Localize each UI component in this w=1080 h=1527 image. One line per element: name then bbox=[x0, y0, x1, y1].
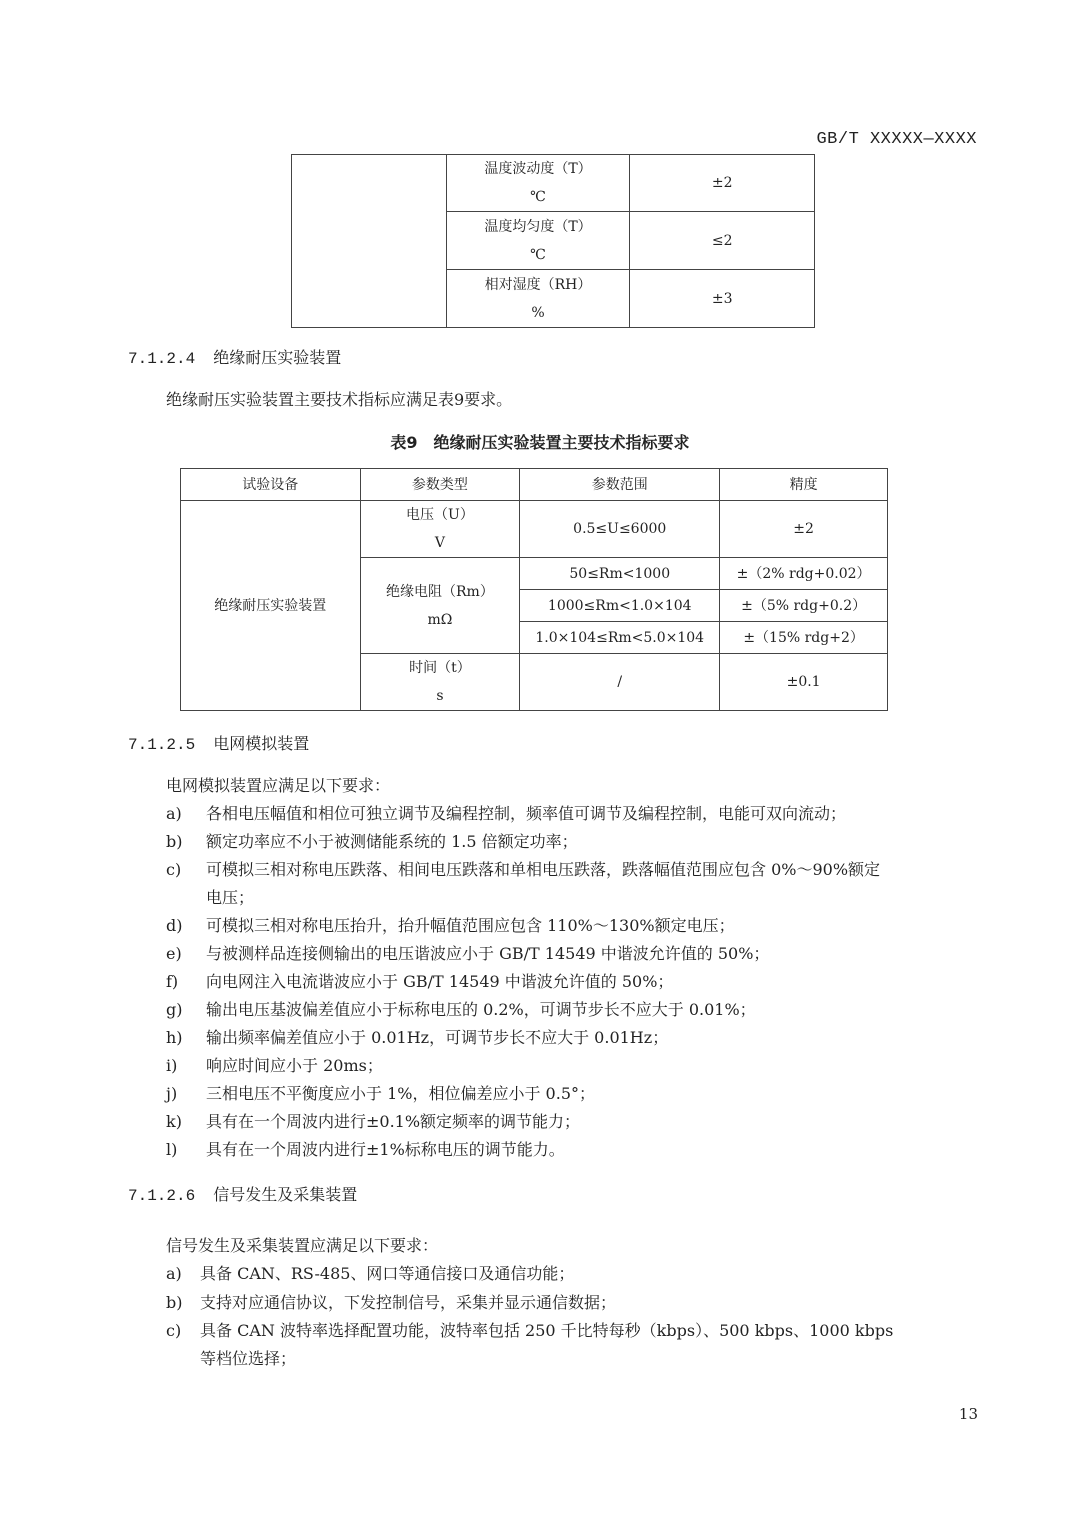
table-cell: ±0.1 bbox=[720, 654, 888, 711]
list-item: c)具备 CAN 波特率选择配置功能，波特率包括 250 千比特每秒（kbps）… bbox=[166, 1318, 986, 1341]
table-cell: ±（5% rdg+0.2） bbox=[720, 590, 888, 622]
list-item: j)三相电压不平衡度应小于 1%，相位偏差应小于 0.5°； bbox=[166, 1081, 595, 1104]
table-header: 试验设备 bbox=[181, 469, 361, 501]
list-item: a)具备 CAN、RS-485、网口等通信接口及通信功能； bbox=[166, 1261, 574, 1284]
list-item: g)输出电压基波偏差值应小于标称电压的 0.2%，可调节步长不应大于 0.01%… bbox=[166, 997, 756, 1020]
list-item: k)具有在一个周波内进行±0.1%额定频率的调节能力； bbox=[166, 1109, 580, 1132]
section-intro: 信号发生及采集装置应满足以下要求： bbox=[166, 1233, 438, 1256]
list-item-continuation: 电压； bbox=[206, 885, 254, 908]
table-9: 试验设备 参数类型 参数范围 精度 绝缘耐压实验装置 电压（U）V 0.5≤U≤… bbox=[180, 468, 888, 711]
table-cell: 电压（U）V bbox=[360, 501, 520, 558]
table-cell: 1.0×104≤Rm<5.0×104 bbox=[520, 622, 720, 654]
table-cell: 50≤Rm<1000 bbox=[520, 558, 720, 590]
table-cell: ±3 bbox=[630, 270, 815, 328]
list-item: b)支持对应通信协议，下发控制信号，采集并显示通信数据； bbox=[166, 1290, 616, 1313]
list-item: e)与被测样品连接侧输出的电压谐波应小于 GB/T 14549 中谐波允许值的 … bbox=[166, 941, 769, 964]
list-item-continuation: 等档位选择； bbox=[200, 1346, 296, 1369]
section-intro: 电网模拟装置应满足以下要求： bbox=[166, 773, 390, 796]
table-cell: 绝缘电阻（Rm）mΩ bbox=[360, 558, 520, 654]
section-intro: 绝缘耐压实验装置主要技术指标应满足表9要求。 bbox=[166, 387, 512, 410]
table-cell: ±（15% rdg+2） bbox=[720, 622, 888, 654]
table-cell-empty bbox=[292, 155, 447, 328]
table-prev-continued: 温度波动度（T）℃ ±2 温度均匀度（T）℃ ≤2 相对湿度（RH）% ±3 bbox=[291, 154, 815, 328]
section-heading-7124: 7.1.2.4绝缘耐压实验装置 bbox=[128, 345, 341, 368]
list-item: b)额定功率应不小于被测储能系统的 1.5 倍额定功率； bbox=[166, 829, 578, 852]
table-cell-device: 绝缘耐压实验装置 bbox=[181, 501, 361, 711]
table-row: 温度波动度（T）℃ ±2 bbox=[292, 155, 815, 212]
table-cell: 时间（t）s bbox=[360, 654, 520, 711]
table-caption: 表9 绝缘耐压实验装置主要技术指标要求 bbox=[0, 430, 1080, 453]
list-item: f)向电网注入电流谐波应小于 GB/T 14549 中谐波允许值的 50%； bbox=[166, 969, 673, 992]
table-header: 参数范围 bbox=[520, 469, 720, 501]
list-item: a)各相电压幅值和相位可独立调节及编程控制，频率值可调节及编程控制，电能可双向流… bbox=[166, 801, 846, 824]
table-header: 精度 bbox=[720, 469, 888, 501]
standard-code: GB/T XXXXX—XXXX bbox=[816, 130, 977, 149]
table-cell: 温度均匀度（T）℃ bbox=[446, 212, 630, 270]
table-cell: ±2 bbox=[630, 155, 815, 212]
page-number: 13 bbox=[959, 1405, 978, 1423]
list-item: c)可模拟三相对称电压跌落、相间电压跌落和单相电压跌落，跌落幅值范围应包含 0%… bbox=[166, 857, 880, 880]
list-item: d)可模拟三相对称电压抬升，抬升幅值范围应包含 110%～130%额定电压； bbox=[166, 913, 735, 936]
table-cell: ±2 bbox=[720, 501, 888, 558]
table-cell: 温度波动度（T）℃ bbox=[446, 155, 630, 212]
table-cell: / bbox=[520, 654, 720, 711]
table-cell: ±（2% rdg+0.02） bbox=[720, 558, 888, 590]
section-heading-7126: 7.1.2.6信号发生及采集装置 bbox=[128, 1182, 357, 1205]
table-header: 参数类型 bbox=[360, 469, 520, 501]
table-cell: ≤2 bbox=[630, 212, 815, 270]
list-item: h)输出频率偏差值应小于 0.01Hz，可调节步长不应大于 0.01Hz； bbox=[166, 1025, 668, 1048]
list-item: l)具有在一个周波内进行±1%标称电压的调节能力。 bbox=[166, 1137, 565, 1160]
table-cell: 0.5≤U≤6000 bbox=[520, 501, 720, 558]
table-cell: 1000≤Rm<1.0×104 bbox=[520, 590, 720, 622]
list-item: i)响应时间应小于 20ms； bbox=[166, 1053, 383, 1076]
table-cell: 相对湿度（RH）% bbox=[446, 270, 630, 328]
section-heading-7125: 7.1.2.5电网模拟装置 bbox=[128, 731, 309, 754]
table-header-row: 试验设备 参数类型 参数范围 精度 bbox=[181, 469, 888, 501]
table-row: 绝缘耐压实验装置 电压（U）V 0.5≤U≤6000 ±2 bbox=[181, 501, 888, 558]
